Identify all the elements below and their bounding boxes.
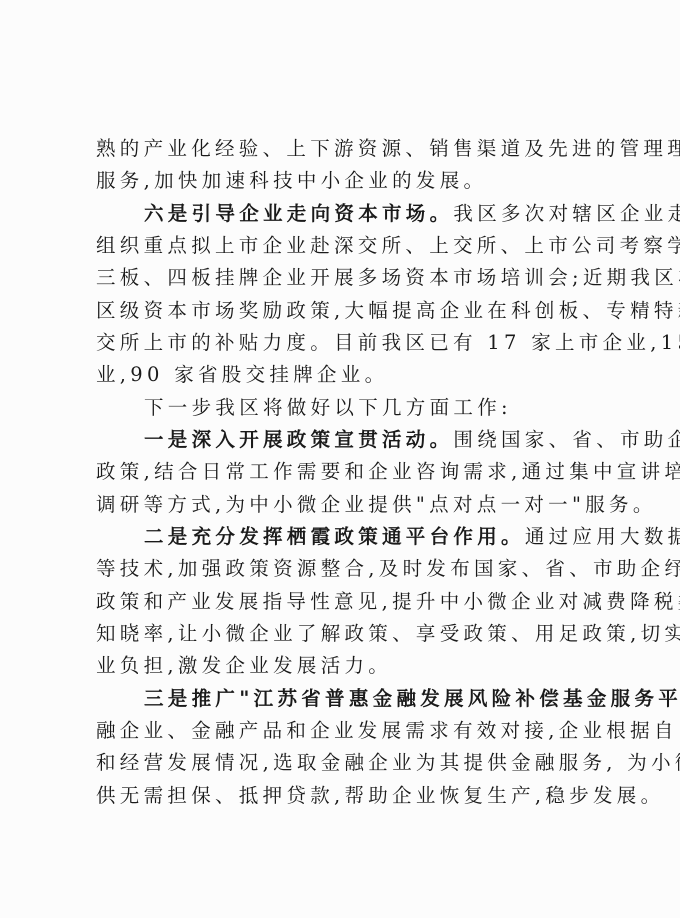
text-line-3: 六是引导企业走向资本市场。我区多次对辖区企业走访摸排, [144,199,584,229]
section-heading-one: 一是深入开展政策宣贯活动。 [144,428,453,451]
text-line-10: 一是深入开展政策宣贯活动。围绕国家、省、市助企纾困系 列 [144,425,584,455]
text-line-2: 服务,加快加速科技中小企业的发展。 [96,166,584,196]
text-line-20: 和经营发展情况,选取金融企业为其提供金融服务, 为小微企业提 [96,748,584,778]
text-line-11: 政策,结合日常工作需要和企业咨询需求,通过集中宣讲培训、 走访 [96,457,584,487]
text-line-7: 交所上市的补贴力度。目前我区已有 17 家上市企业,15 家新三板企 [96,328,584,358]
text-line-8: 业,90 家省股交挂牌企业。 [96,360,584,390]
text-line-13-body: 通过应用大数据、云计算 [525,525,680,548]
text-line-21: 供无需担保、抵押贷款,帮助企业恢复生产,稳步发展。 [96,781,584,811]
text-line-13: 二是充分发挥栖霞政策通平台作用。通过应用大数据、云计算 [144,522,584,552]
text-line-1: 熟的产业化经验、上下游资源、销售渠道及先进的管理理念等增值 [96,134,584,164]
text-line-5: 三板、四板挂牌企业开展多场资本市场培训会;近期我区将再次修订 [96,263,584,293]
section-heading-three: 三是推广"江苏省普惠金融发展风险补偿基金服务平台"。 [144,687,680,710]
section-heading-two: 二是充分发挥栖霞政策通平台作用。 [144,525,525,548]
text-line-9: 下一步我区将做好以下几方面工作: [144,393,584,423]
text-line-16: 知晓率,让小微企业了解政策、享受政策、用足政策,切实减轻企 [96,619,584,649]
document-page: 熟的产业化经验、上下游资源、销售渠道及先进的管理理念等增值 服务,加快加速科技中… [0,0,680,918]
text-line-6: 区级资本市场奖励政策,大幅提高企业在科创板、专精特新企业在北 [96,296,584,326]
text-line-12: 调研等方式,为中小微企业提供"点对点一对一"服务。 [96,490,584,520]
text-line-18: 三是推广"江苏省普惠金融发展风险补偿基金服务平台"。实现金 [144,684,584,714]
text-line-17: 业负担,激发企业发展活力。 [96,651,584,681]
text-line-15: 政策和产业发展指导性意见,提升中小微企业对减费降税类政策的 [96,587,584,617]
text-line-3-body: 我区多次对辖区企业走访摸排, [453,202,680,225]
text-line-10-body: 围绕国家、省、市助企纾困系 列 [453,428,680,451]
section-heading-six: 六是引导企业走向资本市场。 [144,202,453,225]
text-line-19: 融企业、金融产品和企业发展需求有效对接,企业根据自 身行业特点 [96,716,584,746]
text-line-4: 组织重点拟上市企业赴深交所、上交所、上市公司考察学习;针对新 [96,231,584,261]
text-line-14: 等技术,加强政策资源整合,及时发布国家、省、市助企纾困系列 [96,554,584,584]
